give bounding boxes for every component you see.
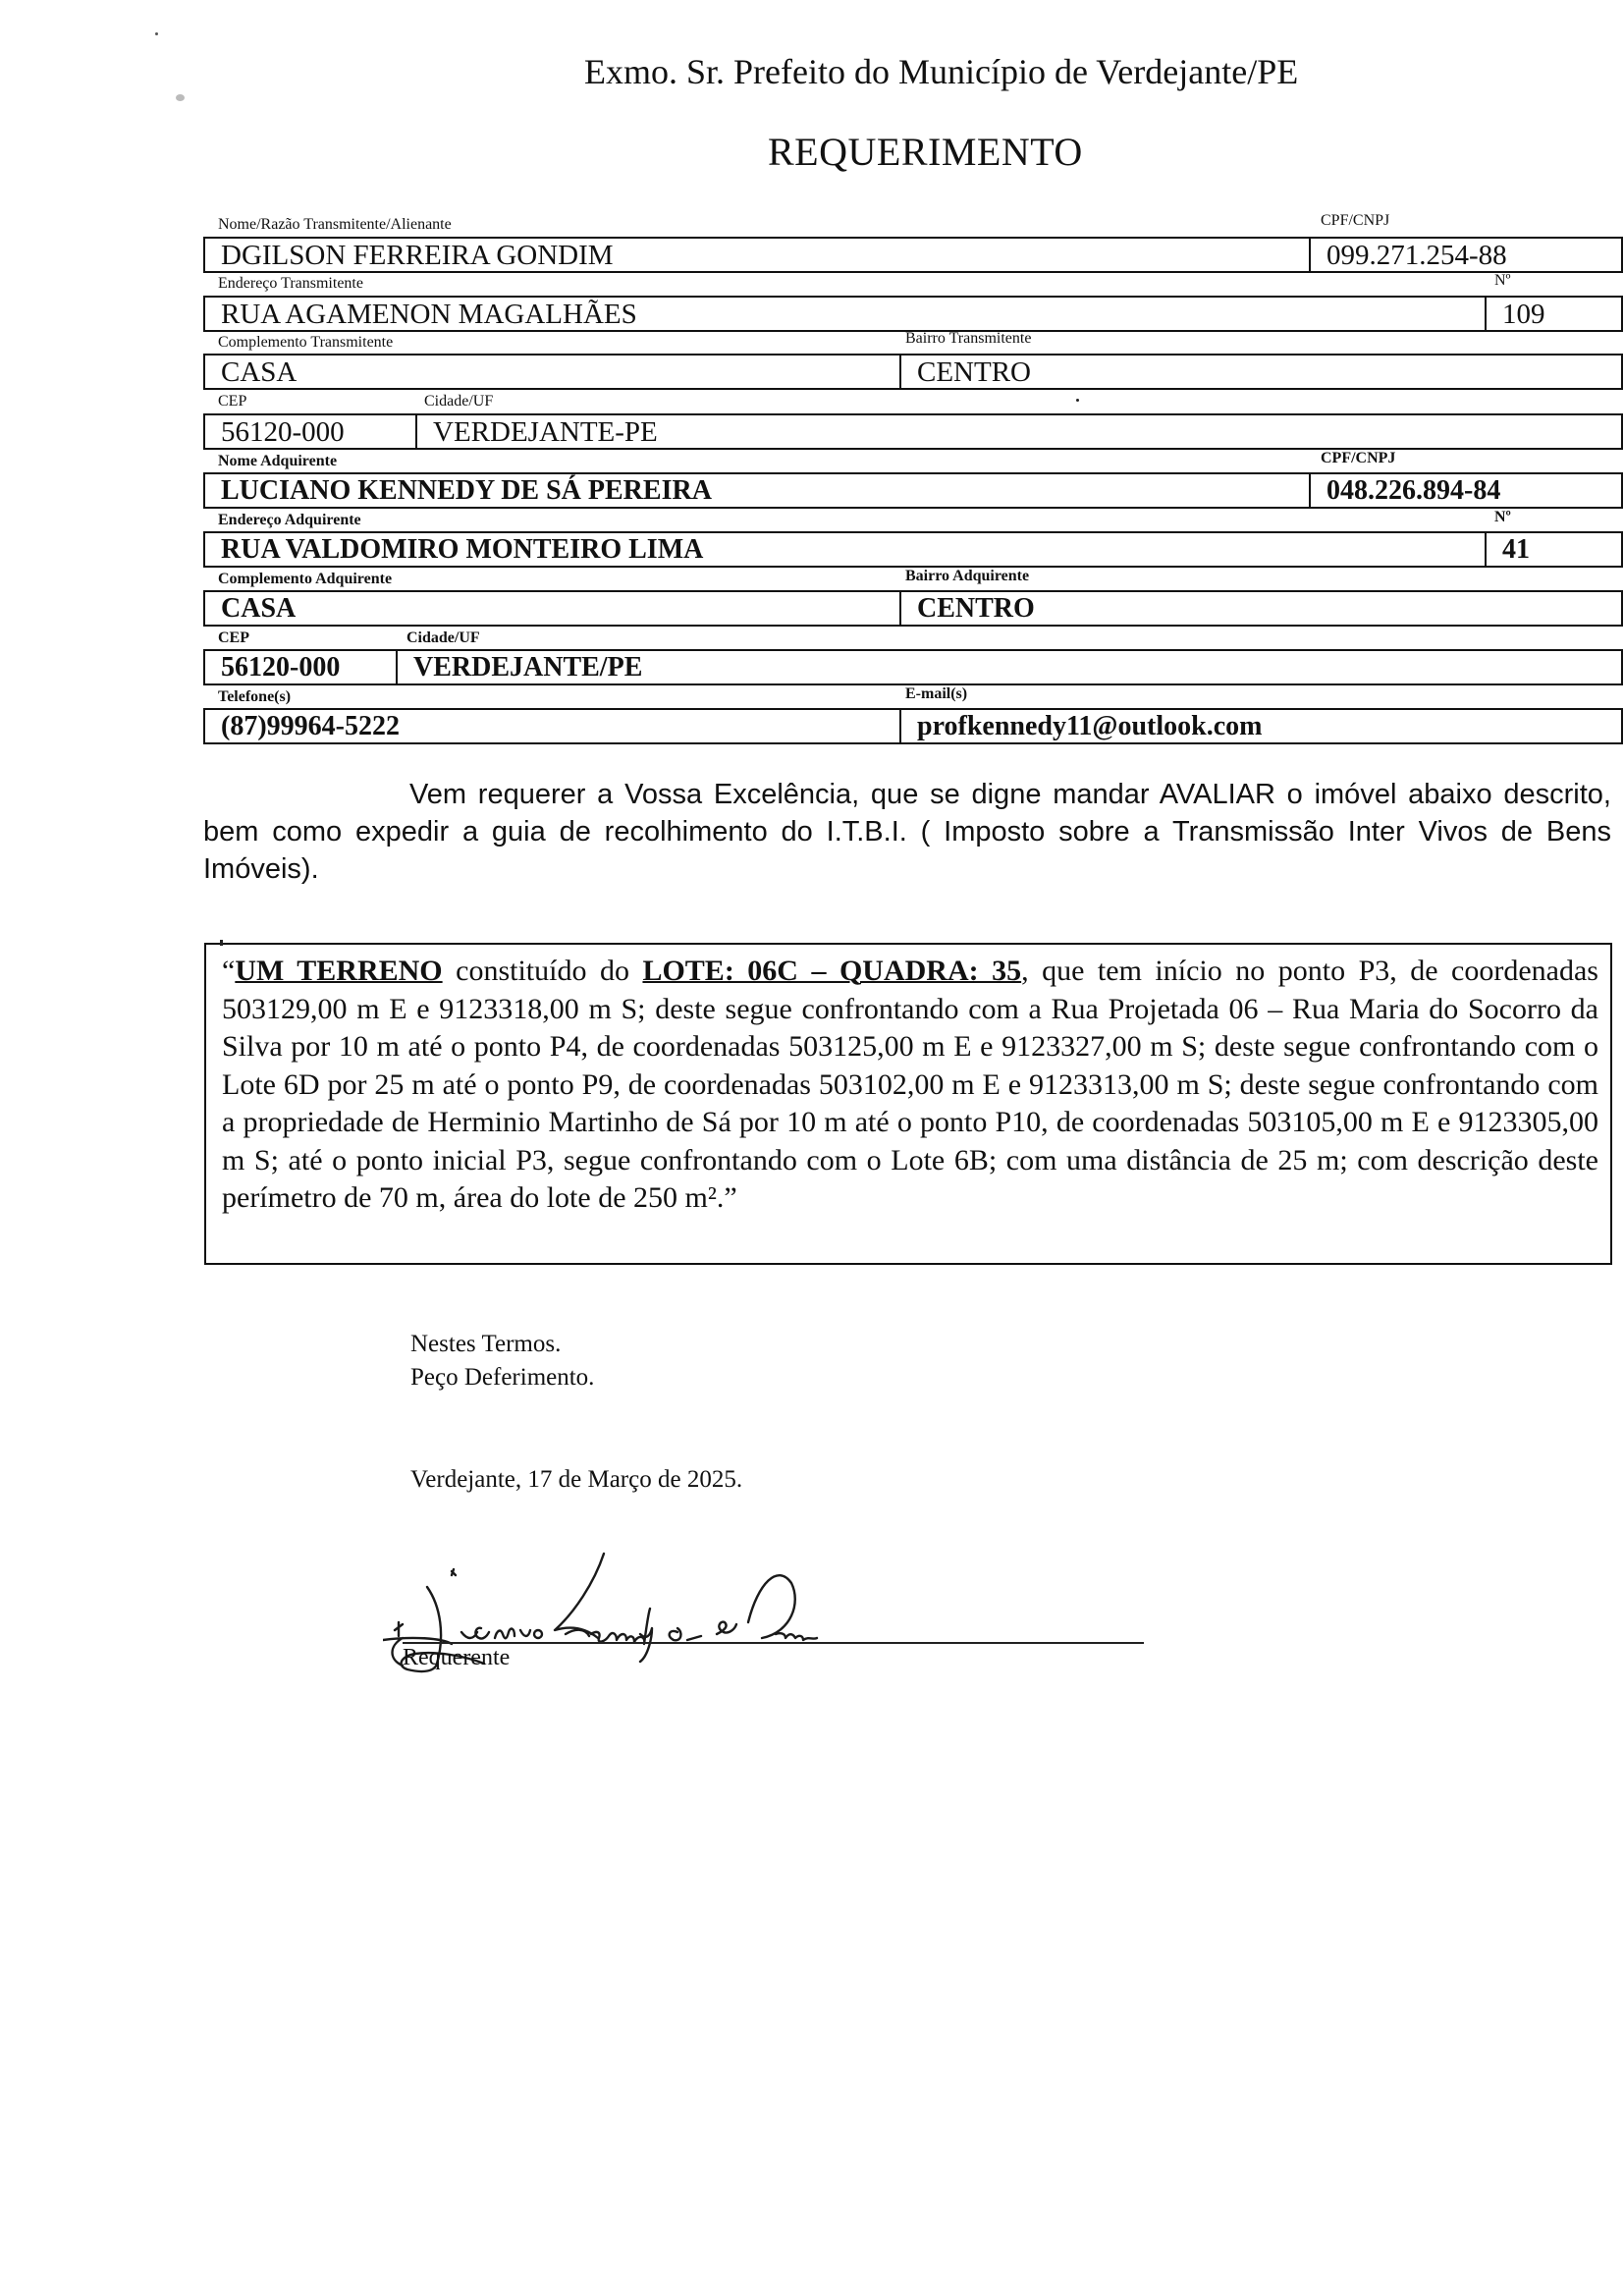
- closing-line-2: Peço Deferimento.: [410, 1361, 594, 1394]
- property-description-box: “UM TERRENO constituído do LOTE: 06C – Q…: [204, 943, 1612, 1265]
- adquirente-cep-label: CEP: [218, 629, 249, 647]
- transmitente-cep-field[interactable]: 56120-000: [205, 415, 415, 448]
- request-text: Vem requerer a Vossa Excelência, que se …: [203, 779, 1611, 885]
- adquirente-address-label: Endereço Adquirente: [218, 512, 361, 529]
- adquirente-phone-field[interactable]: (87)99964-5222: [205, 710, 899, 742]
- closing-line-1: Nestes Termos.: [410, 1328, 594, 1361]
- signature-line: [403, 1642, 1144, 1644]
- adquirente-number-field[interactable]: 41: [1485, 533, 1621, 566]
- transmitente-city-label: Cidade/UF: [424, 393, 493, 410]
- property-lot: LOTE: 06C – QUADRA: 35: [642, 955, 1021, 987]
- property-description: “UM TERRENO constituído do LOTE: 06C – Q…: [222, 953, 1598, 1218]
- adquirente-complement-label: Complemento Adquirente: [218, 571, 392, 588]
- transmitente-district-label: Bairro Transmitente: [905, 330, 1031, 348]
- transmitente-district-field[interactable]: CENTRO: [899, 355, 1621, 388]
- adquirente-number-label: Nº: [1494, 509, 1511, 526]
- transmitente-city-field[interactable]: VERDEJANTE-PE: [415, 415, 1621, 448]
- transmitente-number-label: Nº: [1494, 272, 1511, 290]
- adquirente-name-field[interactable]: LUCIANO KENNEDY DE SÁ PEREIRA: [205, 474, 1309, 507]
- transmitente-address-field[interactable]: RUA AGAMENON MAGALHÃES: [205, 298, 1485, 330]
- transmitente-number-field[interactable]: 109: [1485, 298, 1621, 330]
- adquirente-name-row: LUCIANO KENNEDY DE SÁ PEREIRA 048.226.89…: [203, 472, 1623, 509]
- transmitente-cpf-field[interactable]: 099.271.254-88: [1309, 239, 1621, 271]
- transmitente-name-field[interactable]: DGILSON FERREIRA GONDIM: [205, 239, 1309, 271]
- adquirente-complement-field[interactable]: CASA: [205, 592, 899, 625]
- transmitente-cpf-label: CPF/CNPJ: [1321, 212, 1389, 230]
- scan-speck: [1076, 399, 1079, 402]
- scan-speck: [176, 94, 185, 101]
- transmitente-complement-label: Complemento Transmitente: [218, 334, 393, 352]
- adquirente-phone-row: (87)99964-5222 profkennedy11@outlook.com: [203, 708, 1623, 744]
- scan-speck: [220, 940, 223, 946]
- transmitente-cep-label: CEP: [218, 393, 246, 410]
- adquirente-phone-label: Telefone(s): [218, 688, 291, 706]
- adquirente-cep-row: 56120-000 VERDEJANTE/PE: [203, 649, 1623, 685]
- adquirente-district-field[interactable]: CENTRO: [899, 592, 1621, 625]
- adquirente-name-label: Nome Adquirente: [218, 453, 337, 470]
- transmitente-address-label: Endereço Transmitente: [218, 275, 363, 293]
- transmitente-complement-row: CASA CENTRO: [203, 354, 1623, 390]
- open-quote: “: [222, 955, 235, 987]
- document-title: REQUERIMENTO: [768, 129, 1083, 175]
- property-type: UM TERRENO: [235, 955, 442, 987]
- closing-block: Nestes Termos. Peço Deferimento.: [410, 1328, 594, 1394]
- property-boundaries: , que tem início no ponto P3, de coorden…: [222, 955, 1598, 1214]
- scan-speck: [155, 32, 158, 35]
- adquirente-cep-field[interactable]: 56120-000: [205, 651, 396, 683]
- adquirente-email-field[interactable]: profkennedy11@outlook.com: [899, 710, 1621, 742]
- adquirente-email-label: E-mail(s): [905, 685, 967, 703]
- property-connector: constituído do: [443, 955, 643, 987]
- adquirente-cpf-label: CPF/CNPJ: [1321, 450, 1395, 467]
- adquirente-cpf-field[interactable]: 048.226.894-84: [1309, 474, 1621, 507]
- request-paragraph: Vem requerer a Vossa Excelência, que se …: [203, 776, 1611, 888]
- addressee-line: Exmo. Sr. Prefeito do Município de Verde…: [584, 51, 1298, 92]
- signature-label: Requerente: [403, 1645, 510, 1671]
- adquirente-address-row: RUA VALDOMIRO MONTEIRO LIMA 41: [203, 531, 1623, 568]
- transmitente-address-row: RUA AGAMENON MAGALHÃES 109: [203, 296, 1623, 332]
- transmitente-complement-field[interactable]: CASA: [205, 355, 899, 388]
- adquirente-complement-row: CASA CENTRO: [203, 590, 1623, 627]
- transmitente-cep-row: 56120-000 VERDEJANTE-PE: [203, 413, 1623, 450]
- adquirente-address-field[interactable]: RUA VALDOMIRO MONTEIRO LIMA: [205, 533, 1485, 566]
- adquirente-city-field[interactable]: VERDEJANTE/PE: [396, 651, 1621, 683]
- transmitente-name-label: Nome/Razão Transmitente/Alienante: [218, 216, 452, 234]
- adquirente-city-label: Cidade/UF: [406, 629, 480, 647]
- adquirente-district-label: Bairro Adquirente: [905, 568, 1029, 585]
- transmitente-name-row: DGILSON FERREIRA GONDIM 099.271.254-88: [203, 237, 1623, 273]
- date-line: Verdejante, 17 de Março de 2025.: [410, 1466, 742, 1494]
